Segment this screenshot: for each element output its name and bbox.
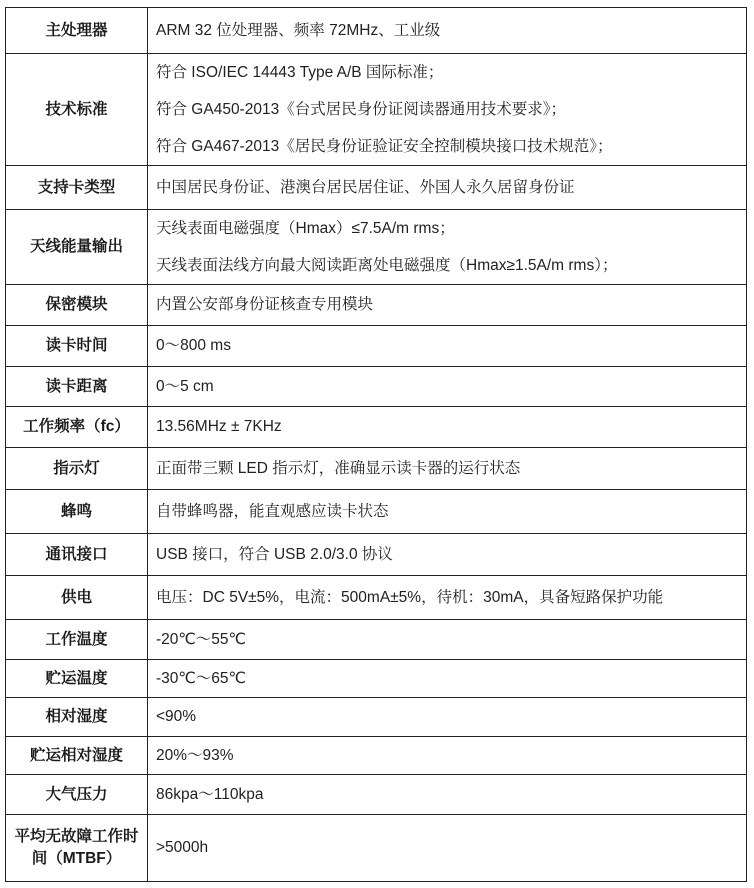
spec-value-line: 0～5 cm (156, 376, 746, 398)
table-row: 保密模块内置公安部身份证核查专用模块 (6, 285, 747, 326)
spec-value-line: 正面带三颗 LED 指示灯，准确显示读卡器的运行状态 (156, 458, 746, 480)
spec-table: 主处理器ARM 32 位处理器、频率 72MHz、工业级技术标准符合 ISO/I… (5, 7, 747, 882)
table-row: 供电电压：DC 5V±5%，电流：500mA±5%，待机：30mA，具备短路保护… (6, 576, 747, 620)
spec-label: 技术标准 (6, 54, 148, 166)
spec-value: -30℃～65℃ (148, 660, 747, 698)
table-row: 读卡时间0～800 ms (6, 326, 747, 367)
spec-value-line: 86kpa～110kpa (156, 784, 746, 806)
spec-label: 平均无故障工作时间（MTBF） (6, 815, 148, 882)
spec-value-line: 13.56MHz ± 7KHz (156, 416, 746, 438)
spec-value-line: 内置公安部身份证核查专用模块 (156, 294, 746, 316)
spec-value: <90% (148, 698, 747, 737)
spec-value-line: 符合 GA450-2013《台式居民身份证阅读器通用技术要求》； (156, 91, 746, 128)
spec-value-line: >5000h (156, 837, 746, 859)
table-row: 贮运相对湿度20%～93% (6, 737, 747, 775)
spec-value-line: 符合 GA467-2013《居民身份证验证安全控制模块接口技术规范》； (156, 128, 746, 165)
spec-value-line: 天线表面法线方向最大阅读距离处电磁强度（Hmax≥1.5A/m rms）； (156, 247, 746, 284)
spec-value-line: -20℃～55℃ (156, 629, 746, 651)
table-row: 支持卡类型中国居民身份证、港澳台居民居住证、外国人永久居留身份证 (6, 166, 747, 210)
table-row: 天线能量输出天线表面电磁强度（Hmax）≤7.5A/m rms；天线表面法线方向… (6, 210, 747, 285)
spec-value-line: USB 接口，符合 USB 2.0/3.0 协议 (156, 544, 746, 566)
table-row: 平均无故障工作时间（MTBF）>5000h (6, 815, 747, 882)
spec-value-line: 电压：DC 5V±5%，电流：500mA±5%，待机：30mA，具备短路保护功能 (156, 587, 746, 609)
spec-label: 供电 (6, 576, 148, 620)
table-row: 大气压力86kpa～110kpa (6, 775, 747, 815)
table-row: 主处理器ARM 32 位处理器、频率 72MHz、工业级 (6, 8, 747, 54)
spec-value: >5000h (148, 815, 747, 882)
table-row: 相对湿度<90% (6, 698, 747, 737)
table-row: 工作温度-20℃～55℃ (6, 620, 747, 660)
spec-value-line: -30℃～65℃ (156, 668, 746, 690)
spec-value: 自带蜂鸣器，能直观感应读卡状态 (148, 490, 747, 534)
spec-label: 天线能量输出 (6, 210, 148, 285)
spec-value: 电压：DC 5V±5%，电流：500mA±5%，待机：30mA，具备短路保护功能 (148, 576, 747, 620)
spec-value-line: 自带蜂鸣器，能直观感应读卡状态 (156, 501, 746, 523)
spec-value-line: 符合 ISO/IEC 14443 Type A/B 国际标准； (156, 54, 746, 91)
spec-value-line: 天线表面电磁强度（Hmax）≤7.5A/m rms； (156, 210, 746, 247)
spec-value-line: 20%～93% (156, 745, 746, 767)
spec-value: 符合 ISO/IEC 14443 Type A/B 国际标准；符合 GA450-… (148, 54, 747, 166)
spec-label: 保密模块 (6, 285, 148, 326)
spec-table-body: 主处理器ARM 32 位处理器、频率 72MHz、工业级技术标准符合 ISO/I… (6, 8, 747, 882)
spec-label: 读卡时间 (6, 326, 148, 367)
spec-value: ARM 32 位处理器、频率 72MHz、工业级 (148, 8, 747, 54)
spec-label: 读卡距离 (6, 367, 148, 407)
spec-value: 0～5 cm (148, 367, 747, 407)
table-row: 技术标准符合 ISO/IEC 14443 Type A/B 国际标准；符合 GA… (6, 54, 747, 166)
spec-value-line: <90% (156, 706, 746, 728)
spec-value: 20%～93% (148, 737, 747, 775)
spec-value: 86kpa～110kpa (148, 775, 747, 815)
spec-value-line: ARM 32 位处理器、频率 72MHz、工业级 (156, 20, 746, 42)
table-row: 蜂鸣自带蜂鸣器，能直观感应读卡状态 (6, 490, 747, 534)
spec-label: 支持卡类型 (6, 166, 148, 210)
spec-label: 相对湿度 (6, 698, 148, 737)
spec-value-line: 0～800 ms (156, 335, 746, 357)
spec-label: 指示灯 (6, 448, 148, 490)
table-row: 工作频率（fc）13.56MHz ± 7KHz (6, 407, 747, 448)
table-row: 通讯接口USB 接口，符合 USB 2.0/3.0 协议 (6, 534, 747, 576)
spec-label: 工作频率（fc） (6, 407, 148, 448)
spec-value: 内置公安部身份证核查专用模块 (148, 285, 747, 326)
spec-value: 中国居民身份证、港澳台居民居住证、外国人永久居留身份证 (148, 166, 747, 210)
spec-label: 工作温度 (6, 620, 148, 660)
table-row: 指示灯正面带三颗 LED 指示灯，准确显示读卡器的运行状态 (6, 448, 747, 490)
spec-label: 贮运相对湿度 (6, 737, 148, 775)
spec-value: 13.56MHz ± 7KHz (148, 407, 747, 448)
spec-value: 天线表面电磁强度（Hmax）≤7.5A/m rms；天线表面法线方向最大阅读距离… (148, 210, 747, 285)
table-row: 贮运温度-30℃～65℃ (6, 660, 747, 698)
spec-value-line: 中国居民身份证、港澳台居民居住证、外国人永久居留身份证 (156, 177, 746, 199)
spec-label: 蜂鸣 (6, 490, 148, 534)
spec-value: USB 接口，符合 USB 2.0/3.0 协议 (148, 534, 747, 576)
table-row: 读卡距离0～5 cm (6, 367, 747, 407)
spec-value: -20℃～55℃ (148, 620, 747, 660)
spec-label: 大气压力 (6, 775, 148, 815)
spec-label: 主处理器 (6, 8, 148, 54)
spec-label: 通讯接口 (6, 534, 148, 576)
spec-value: 正面带三颗 LED 指示灯，准确显示读卡器的运行状态 (148, 448, 747, 490)
spec-value: 0～800 ms (148, 326, 747, 367)
spec-label: 贮运温度 (6, 660, 148, 698)
